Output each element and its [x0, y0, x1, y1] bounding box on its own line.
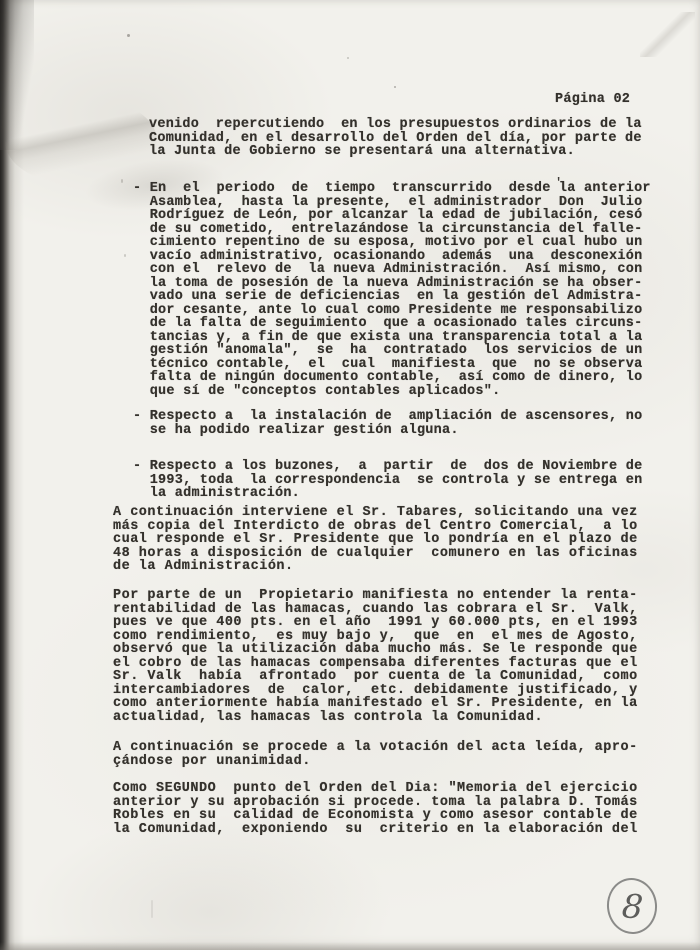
ink-speck — [394, 86, 396, 88]
faint-pencil-mark — [151, 900, 153, 918]
ink-speck — [347, 57, 349, 59]
paragraph-acta-vote: A continuación se procede a la votación … — [113, 741, 638, 768]
page-header: Página 02 — [555, 93, 630, 107]
ink-speck — [127, 34, 130, 37]
handwritten-page-number-circle: 8 — [604, 876, 660, 937]
stray-pen-mark: ' — [555, 176, 562, 190]
bullet-elevator-extension: - Respecto a la instalación de ampliació… — [133, 410, 642, 437]
bullet-administrator-change: - En el periodo de tiempo transcurrido d… — [133, 182, 651, 398]
handwritten-page-number: 8 — [620, 889, 643, 923]
bullet-mailboxes: - Respecto a los buzones, a partir de do… — [133, 460, 642, 501]
scanned-page: Página 02 venido repercutiendo en los pr… — [0, 0, 700, 950]
ink-speck — [124, 254, 126, 257]
paragraph-segundo-punto: Como SEGUNDO punto del Orden del Dia: "M… — [113, 782, 638, 836]
paragraph-intro-continuation: venido repercutiendo en los presupuestos… — [149, 118, 642, 159]
paragraph-hamacas-discussion: Por parte de un Propietario manifiesta n… — [113, 589, 638, 724]
paragraph-tabares-request: A continuación interviene el Sr. Tabares… — [113, 506, 638, 574]
ink-speck — [121, 179, 123, 183]
paper-smudge-top-right — [640, 12, 695, 57]
scan-bottom-shadow — [0, 942, 700, 950]
